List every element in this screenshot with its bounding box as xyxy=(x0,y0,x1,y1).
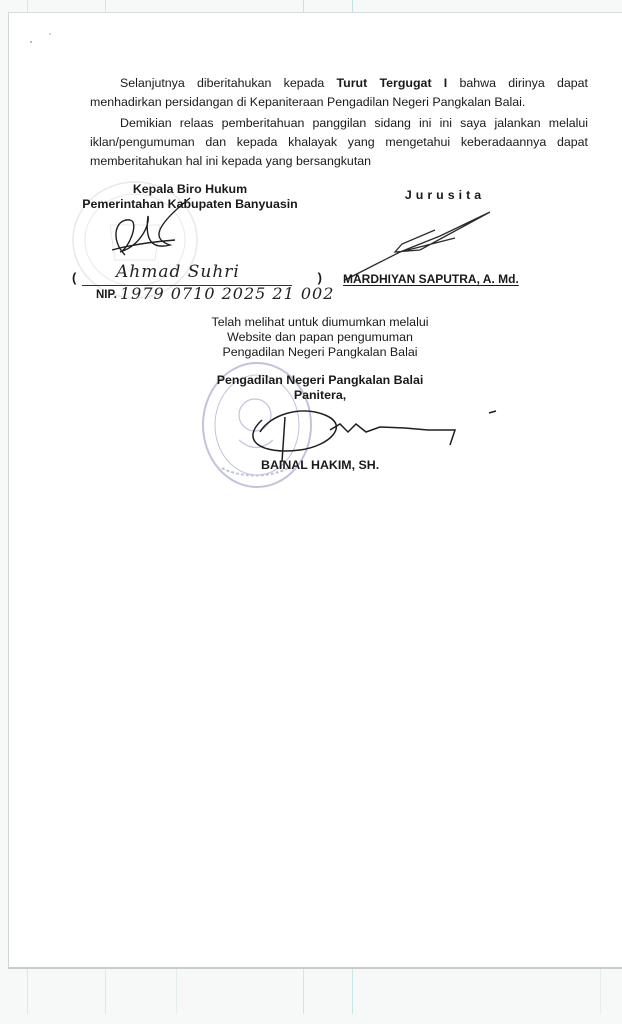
paragraph-line: iklan/pengumuman dan kepada khalayak yan… xyxy=(90,133,588,152)
biro-hukum-title: Kepala Biro Hukum Pemerintahan Kabupaten… xyxy=(70,182,310,212)
scan-artifact-line xyxy=(303,968,304,1014)
paragraph-line: Demikian relaas pemberitahuan panggilan … xyxy=(90,114,588,133)
notice-paragraph-1: Selanjutnya diberitahukan kepada Turut T… xyxy=(90,74,588,112)
jurusita-title: Jurusita xyxy=(385,188,505,203)
close-paren: ) xyxy=(318,270,322,285)
notice-line: Pengadilan Negeri Pangkalan Balai xyxy=(180,345,460,360)
title-line: Pemerintahan Kabupaten Banyuasin xyxy=(70,197,310,212)
title-line: Kepala Biro Hukum xyxy=(70,182,310,197)
scan-artifact-line xyxy=(600,968,601,1014)
court-name: Pengadilan Negeri Pangkalan Balai xyxy=(180,373,460,388)
scan-artifact-line xyxy=(27,968,28,1014)
paragraph-line: memberitahukan hal ini kepada yang bersa… xyxy=(90,152,588,171)
scan-artifact-line xyxy=(105,0,106,12)
notice-line: Website dan papan pengumuman xyxy=(180,330,460,345)
jurusita-name: MARDHIYAN SAPUTRA, A. Md. xyxy=(343,272,519,286)
nip-label: NIP. xyxy=(96,289,117,301)
party-name: Turut Tergugat I xyxy=(337,76,448,90)
publication-notice: Telah melihat untuk diumumkan melalui We… xyxy=(180,315,460,360)
open-paren: ( xyxy=(72,270,76,285)
notice-paragraph-2: Demikian relaas pemberitahuan panggilan … xyxy=(90,114,588,171)
panitera-name: BAINAL HAKIM, SH. xyxy=(261,458,379,472)
scan-artifact-line xyxy=(352,0,353,12)
scan-speck xyxy=(30,41,32,43)
scan-artifact-line xyxy=(105,968,106,1014)
scan-speck xyxy=(49,33,51,35)
paragraph-text: Selanjutnya diberitahukan kepada xyxy=(120,76,337,90)
court-signatory-title: Pengadilan Negeri Pangkalan Balai Panite… xyxy=(180,373,460,403)
scan-artifact-line xyxy=(352,968,353,1014)
scan-artifact-line xyxy=(303,0,304,12)
scan-artifact-line xyxy=(176,968,177,1014)
notice-line: Telah melihat untuk diumumkan melalui xyxy=(180,315,460,330)
handwritten-nip: 1979 0710 2025 21 002 xyxy=(120,284,334,303)
scan-artifact-line xyxy=(27,0,28,12)
biro-hukum-name-field: ( Ahmad Suhri ) xyxy=(72,266,322,284)
handwritten-name: Ahmad Suhri xyxy=(116,262,240,282)
court-role: Panitera, xyxy=(180,388,460,403)
